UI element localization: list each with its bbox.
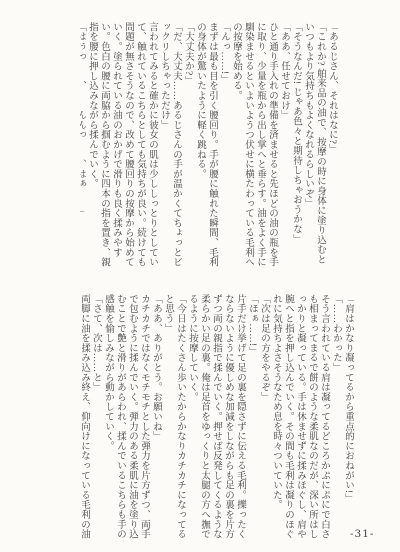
paragraph: ひと通り手入れの準備を済ませると先ほどの油の瓶を手に取り、少量を瓶から出し掌へと…: [230, 22, 278, 268]
upper-text-block: 「あるじさん、それはなに?」「これか? 舶来品の油で、按摩の時に身体に塗り込むと…: [80, 22, 338, 268]
paragraph: まずは最も目を引く腰回り。手が腰に触れた瞬間、毛利の身体が驚いたように軽く跳ねる…: [194, 22, 218, 268]
paragraph: 「そうなんだ! じゃあ色々と期待しちゃおうかな」: [290, 22, 302, 268]
paragraph: 「肩はかなり凝ってるから重点的におねがい!」: [342, 294, 354, 544]
paragraph: 「ほぁ……!」: [246, 294, 258, 544]
paragraph: 「……わかった」: [330, 294, 342, 544]
paragraph: 「ああ、任せておけ」: [278, 22, 290, 268]
paragraph: 「だ、大丈夫……あるじさんの手が温かくてちょっとビックリしちゃっただけ」: [158, 22, 182, 268]
paragraph: 「ああ、ありがとう。お願いね」: [150, 294, 162, 544]
paragraph: 「今日はたくさん歩いたからかなりカチカチになってると思う」: [162, 294, 186, 544]
lower-text-block: 「肩はかなり凝ってるから重点的におねがい!」「……わかった」そう言われている肩は…: [82, 294, 354, 544]
paragraph: カチカチではなくモチモチとした弾力を片方ずつ、両手で包むように揉んでいく。弾力の…: [102, 294, 150, 544]
paragraph: 「さて、次は……と」: [90, 294, 102, 544]
paragraph: 「次は足の方をやるぞ」: [258, 294, 270, 544]
paragraph: 「大丈夫か?」: [182, 22, 194, 268]
paragraph: 「はぅっ……、……んんっ……、はぁ……」: [80, 22, 86, 268]
page-number: -31-: [350, 528, 374, 540]
paragraph: 片手だけ挙げて足の裏を隠さずに伝える毛利。擽ったくならないように優しめな加減をし…: [186, 294, 246, 544]
paragraph: 「これか? 舶来品の油で、按摩の時に身体に塗り込むといつもより気持ちもよくなれる…: [302, 22, 326, 268]
paragraph: 言われてみると確かに彼女の肌は少ししっとりとしていて、触れているこちらとしても気…: [86, 22, 158, 268]
paragraph: 「んっ……!」: [218, 22, 230, 268]
book-page: 「あるじさん、それはなに?」「これか? 舶来品の油で、按摩の時に身体に塗り込むと…: [0, 0, 400, 552]
paragraph: 両脚に油を揉み込み終え、仰向けになっている毛利の油を塗っていない箇所はいよいよ僅…: [82, 294, 90, 544]
paragraph: そう言われている肩は凝ってるどころかぷにぷにで白さも相まってまるで餅のような柔肌…: [270, 294, 330, 544]
paragraph: 「あるじさん、それはなに?」: [326, 22, 338, 268]
